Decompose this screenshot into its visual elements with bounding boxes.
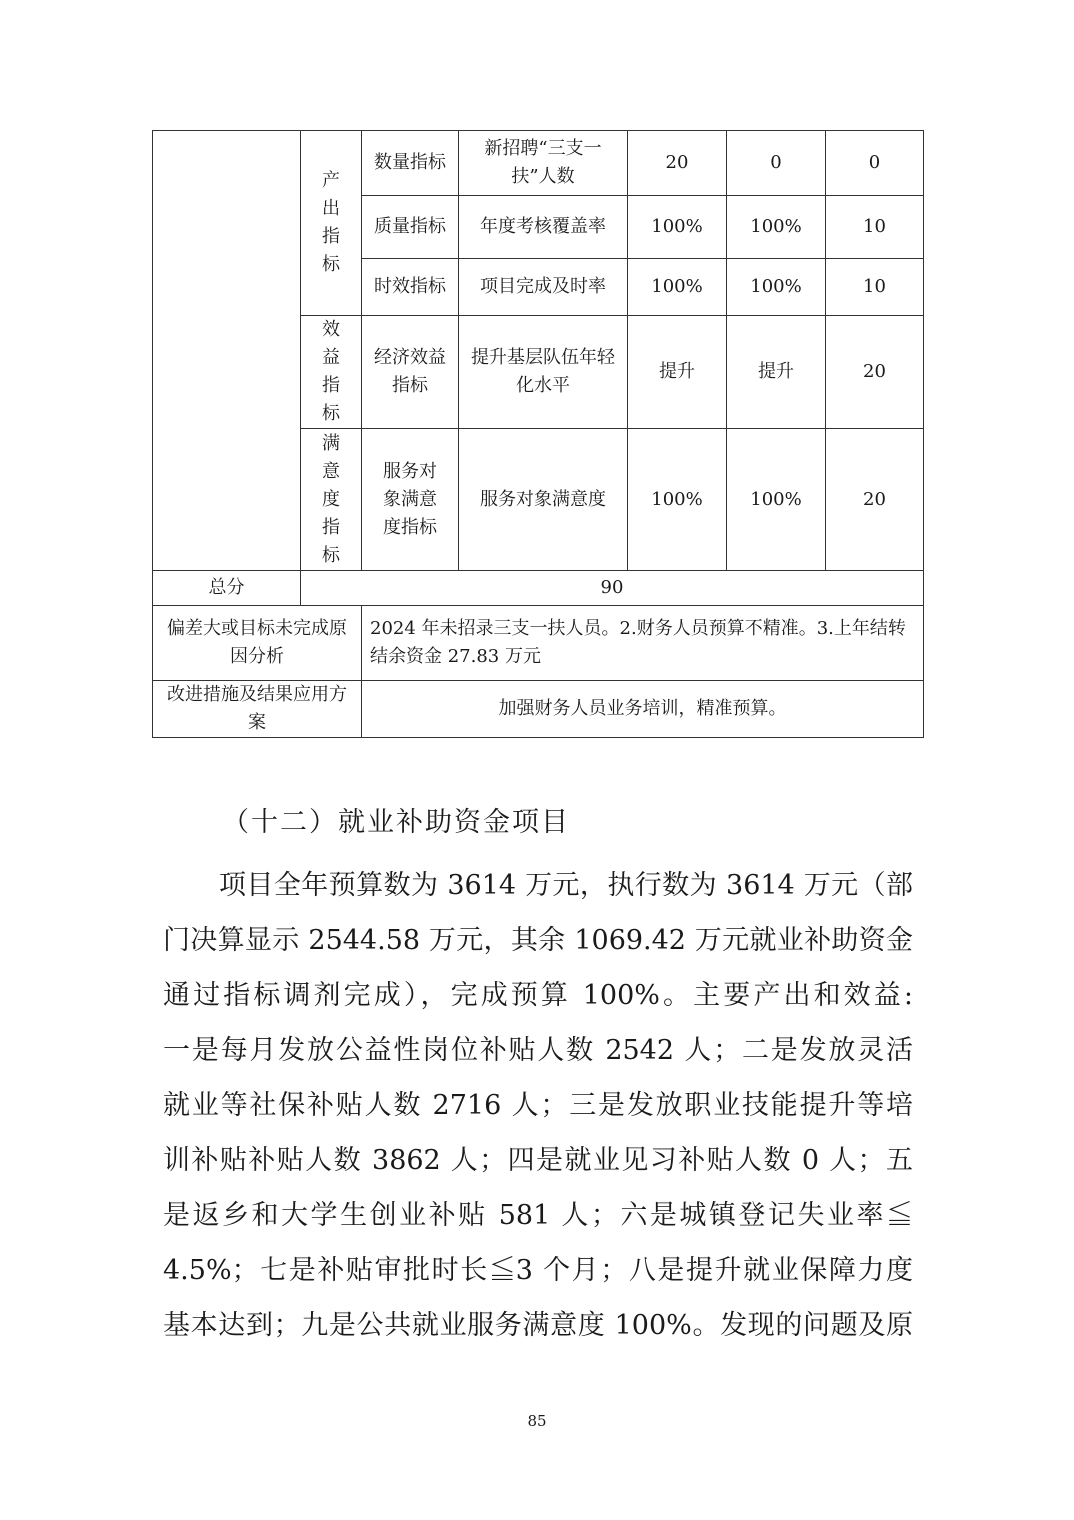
deviation-text: 2024 年未招录三支一扶人员。2.财务人员预算不精准。3.上年结转结余资金 2… [362, 606, 924, 681]
deviation-label: 偏差大或目标未完成原因分析 [153, 606, 362, 681]
output-indicator-label: 产 出 指 标 [301, 131, 362, 316]
paragraph-line: 项目全年预算数为 3614 万元，执行数为 3614 万元（部 [163, 858, 913, 913]
improvement-label: 改进措施及结果应用方案 [153, 681, 362, 738]
paragraph-line: 通过指标调剂完成），完成预算 100%。主要产出和效益: [163, 968, 913, 1023]
table-row: 产 出 指 标 数量指标 新招聘“三支一扶”人数 20 0 0 [153, 131, 924, 196]
indicator-cell: 服务对象满意度指标 [362, 429, 459, 571]
target-cell: 20 [628, 131, 727, 196]
document-page: 产 出 指 标 数量指标 新招聘“三支一扶”人数 20 0 0 质量指标 年度考… [0, 0, 1074, 1520]
paragraph-line: 训补贴补贴人数 3862 人；四是就业见习补贴人数 0 人；五 [163, 1133, 913, 1188]
target-cell: 提升 [628, 316, 727, 429]
score-cell: 20 [826, 316, 924, 429]
blank-cell [153, 131, 301, 571]
item-cell: 服务对象满意度 [459, 429, 628, 571]
actual-cell: 100% [727, 196, 826, 259]
paragraph-line: 基本达到；九是公共就业服务满意度 100%。发现的问题及原 [163, 1298, 913, 1353]
item-cell: 提升基层队伍年轻化水平 [459, 316, 628, 429]
total-label: 总分 [153, 571, 301, 606]
satisfaction-indicator-label: 满 意 度 指 标 [301, 429, 362, 571]
total-row: 总分 90 [153, 571, 924, 606]
target-cell: 100% [628, 429, 727, 571]
score-cell: 20 [826, 429, 924, 571]
indicator-cell: 时效指标 [362, 259, 459, 316]
paragraph-line: 4.5%；七是补贴审批时长≦3 个月；八是提升就业保障力度 [163, 1243, 913, 1298]
improvement-text: 加强财务人员业务培训，精准预算。 [362, 681, 924, 738]
target-cell: 100% [628, 196, 727, 259]
item-cell: 项目完成及时率 [459, 259, 628, 316]
paragraph-line: 一是每月发放公益性岗位补贴人数 2542 人；二是发放灵活 [163, 1023, 913, 1078]
target-cell: 100% [628, 259, 727, 316]
actual-cell: 100% [727, 259, 826, 316]
score-cell: 0 [826, 131, 924, 196]
paragraph-line: 是返乡和大学生创业补贴 581 人；六是城镇登记失业率≦ [163, 1188, 913, 1243]
actual-cell: 0 [727, 131, 826, 196]
score-cell: 10 [826, 259, 924, 316]
actual-cell: 提升 [727, 316, 826, 429]
page-number: 85 [0, 1412, 1074, 1430]
indicator-cell: 质量指标 [362, 196, 459, 259]
paragraph-line: 就业等社保补贴人数 2716 人；三是发放职业技能提升等培 [163, 1078, 913, 1133]
deviation-row: 偏差大或目标未完成原因分析 2024 年未招录三支一扶人员。2.财务人员预算不精… [153, 606, 924, 681]
total-value: 90 [301, 571, 924, 606]
benefit-indicator-label: 效 益 指 标 [301, 316, 362, 429]
performance-table: 产 出 指 标 数量指标 新招聘“三支一扶”人数 20 0 0 质量指标 年度考… [152, 130, 924, 738]
paragraph-line: 门决算显示 2544.58 万元，其余 1069.42 万元就业补助资金 [163, 913, 913, 968]
section-heading: （十二）就业补助资金项目 [222, 800, 570, 839]
section-paragraph: 项目全年预算数为 3614 万元，执行数为 3614 万元（部 门决算显示 25… [163, 858, 913, 1353]
score-cell: 10 [826, 196, 924, 259]
indicator-cell: 经济效益指标 [362, 316, 459, 429]
item-cell: 新招聘“三支一扶”人数 [459, 131, 628, 196]
item-cell: 年度考核覆盖率 [459, 196, 628, 259]
actual-cell: 100% [727, 429, 826, 571]
indicator-cell: 数量指标 [362, 131, 459, 196]
improvement-row: 改进措施及结果应用方案 加强财务人员业务培训，精准预算。 [153, 681, 924, 738]
